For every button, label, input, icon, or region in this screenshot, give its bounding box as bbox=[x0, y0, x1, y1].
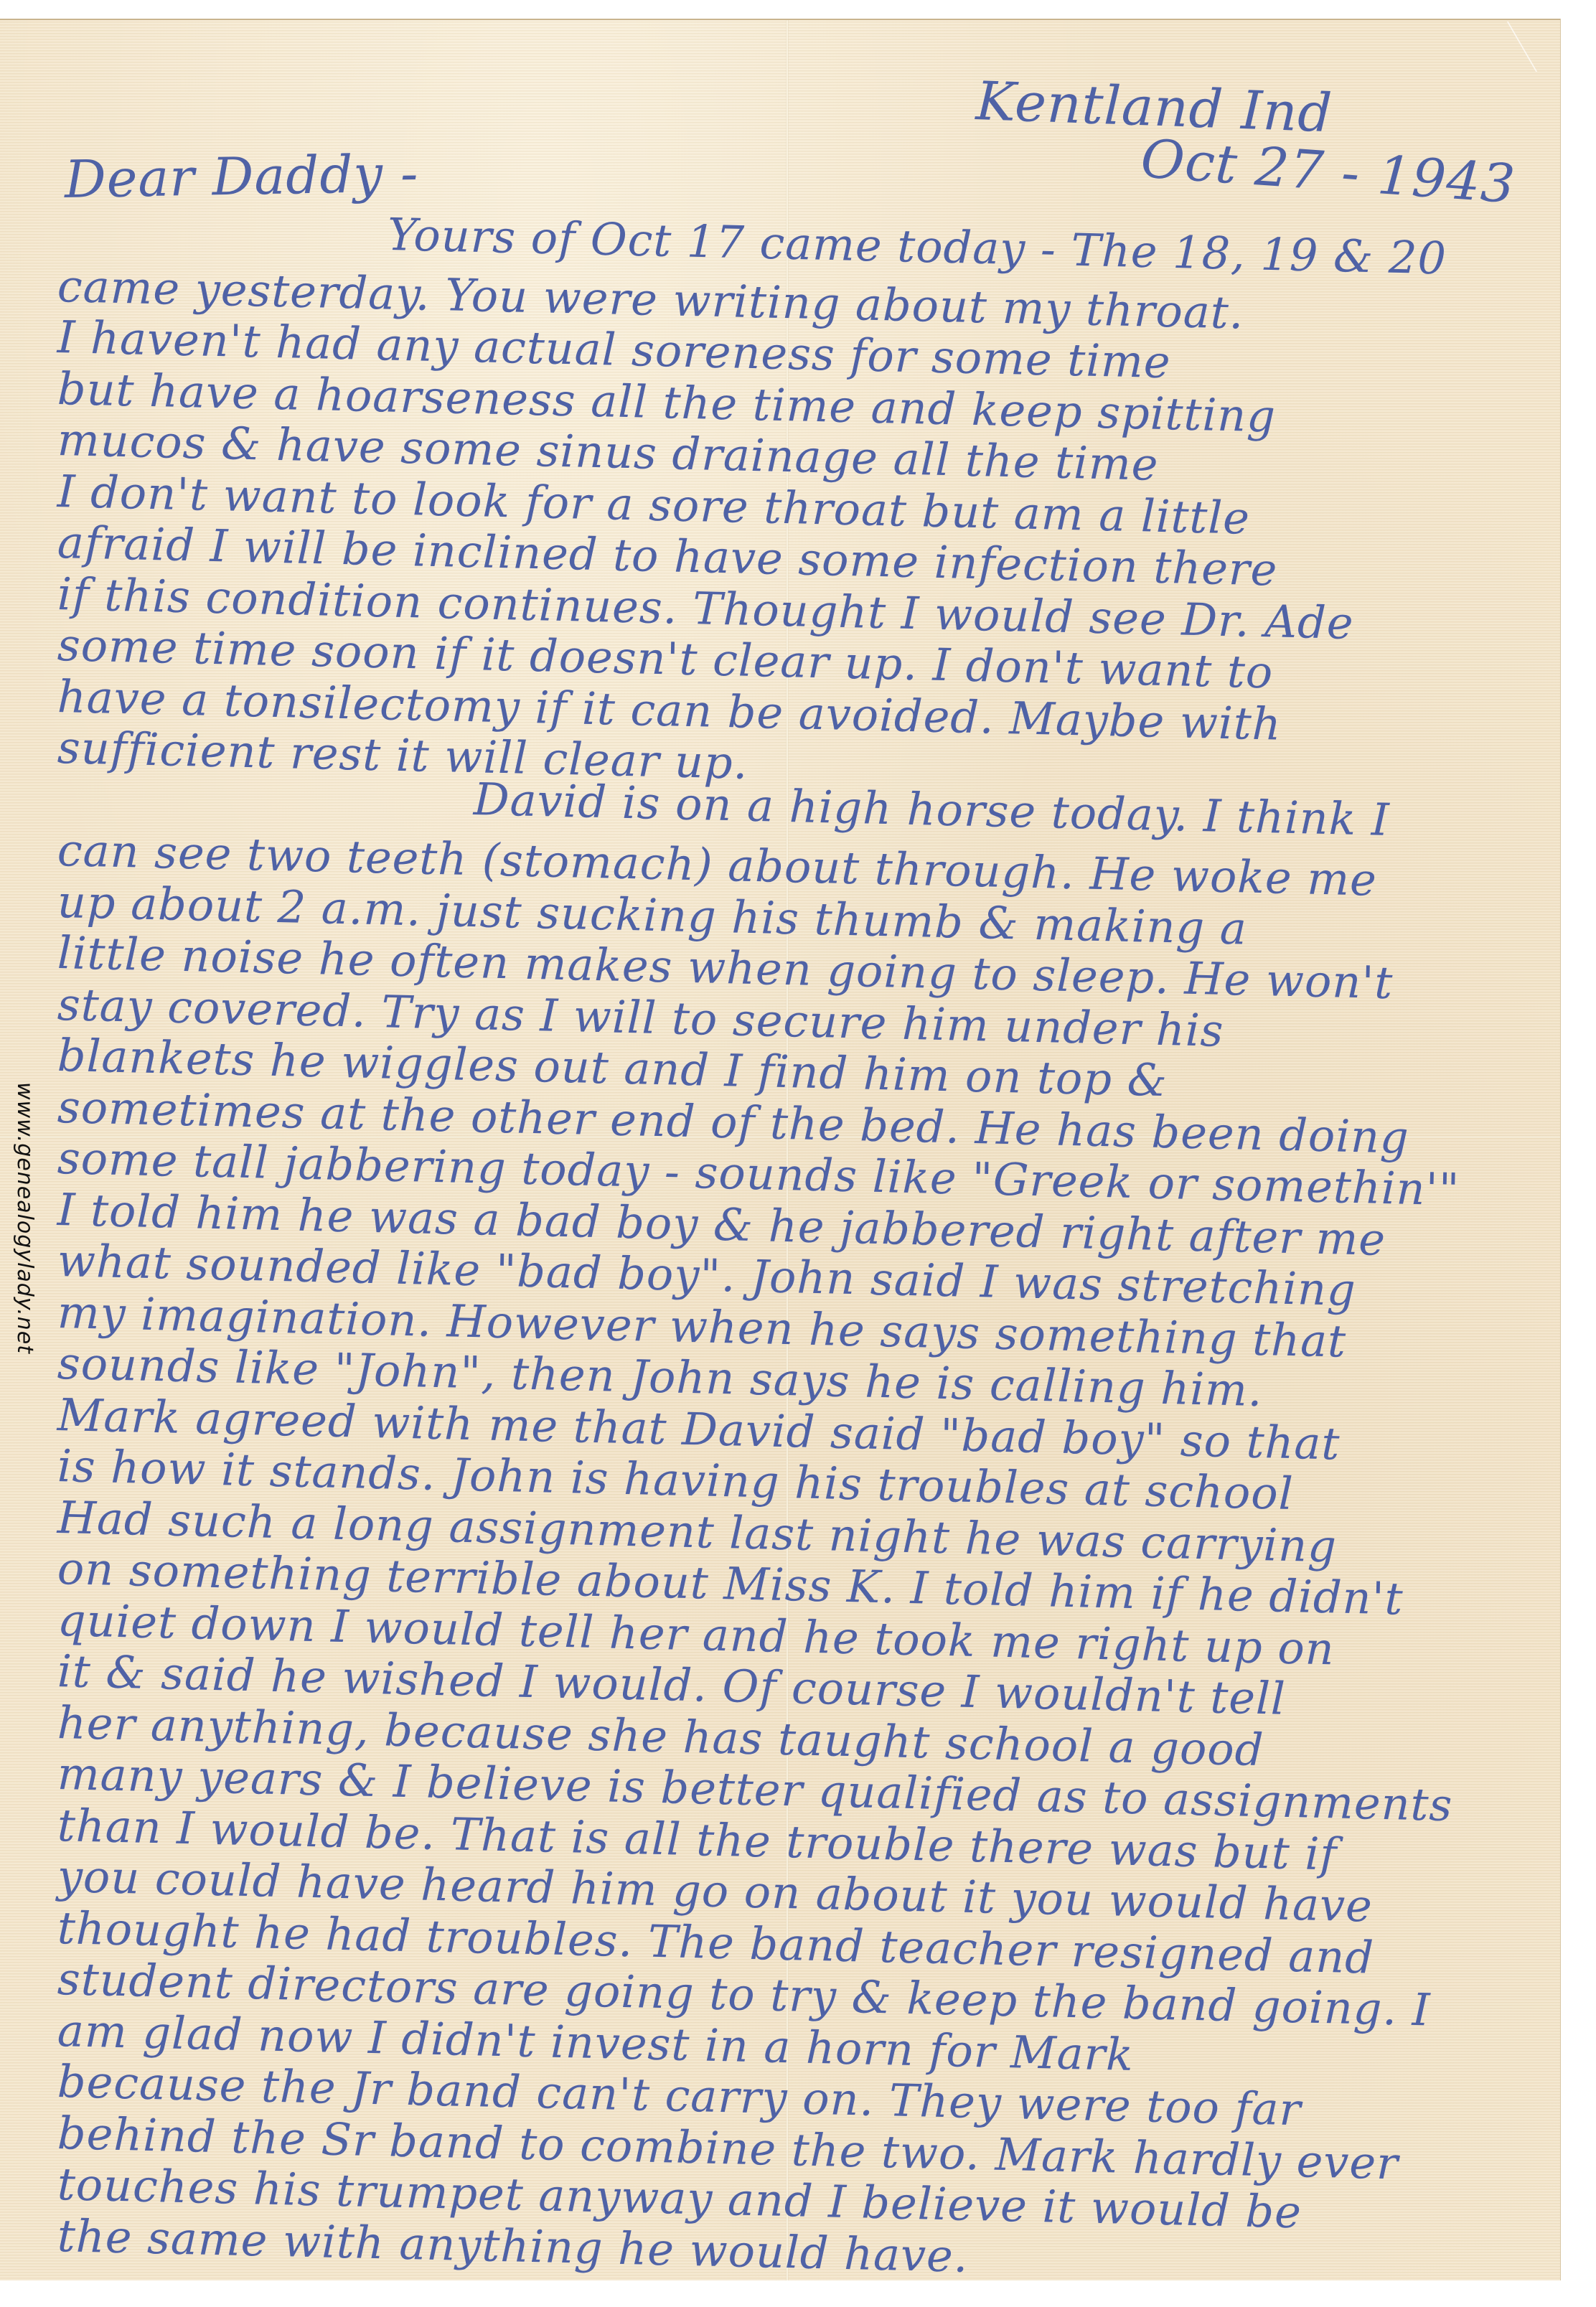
corner-crease bbox=[1507, 22, 1566, 72]
letter-date: Oct 27 - 1943 bbox=[1139, 128, 1518, 215]
letter-salutation: Dear Daddy - bbox=[64, 143, 419, 210]
watermark-text: www.genealogylady.net bbox=[12, 1082, 37, 1354]
letter-line: David is on a high horse today. I think … bbox=[473, 773, 1390, 846]
letter-page: Kentland Ind Oct 27 - 1943 Dear Daddy - … bbox=[0, 19, 1560, 2280]
